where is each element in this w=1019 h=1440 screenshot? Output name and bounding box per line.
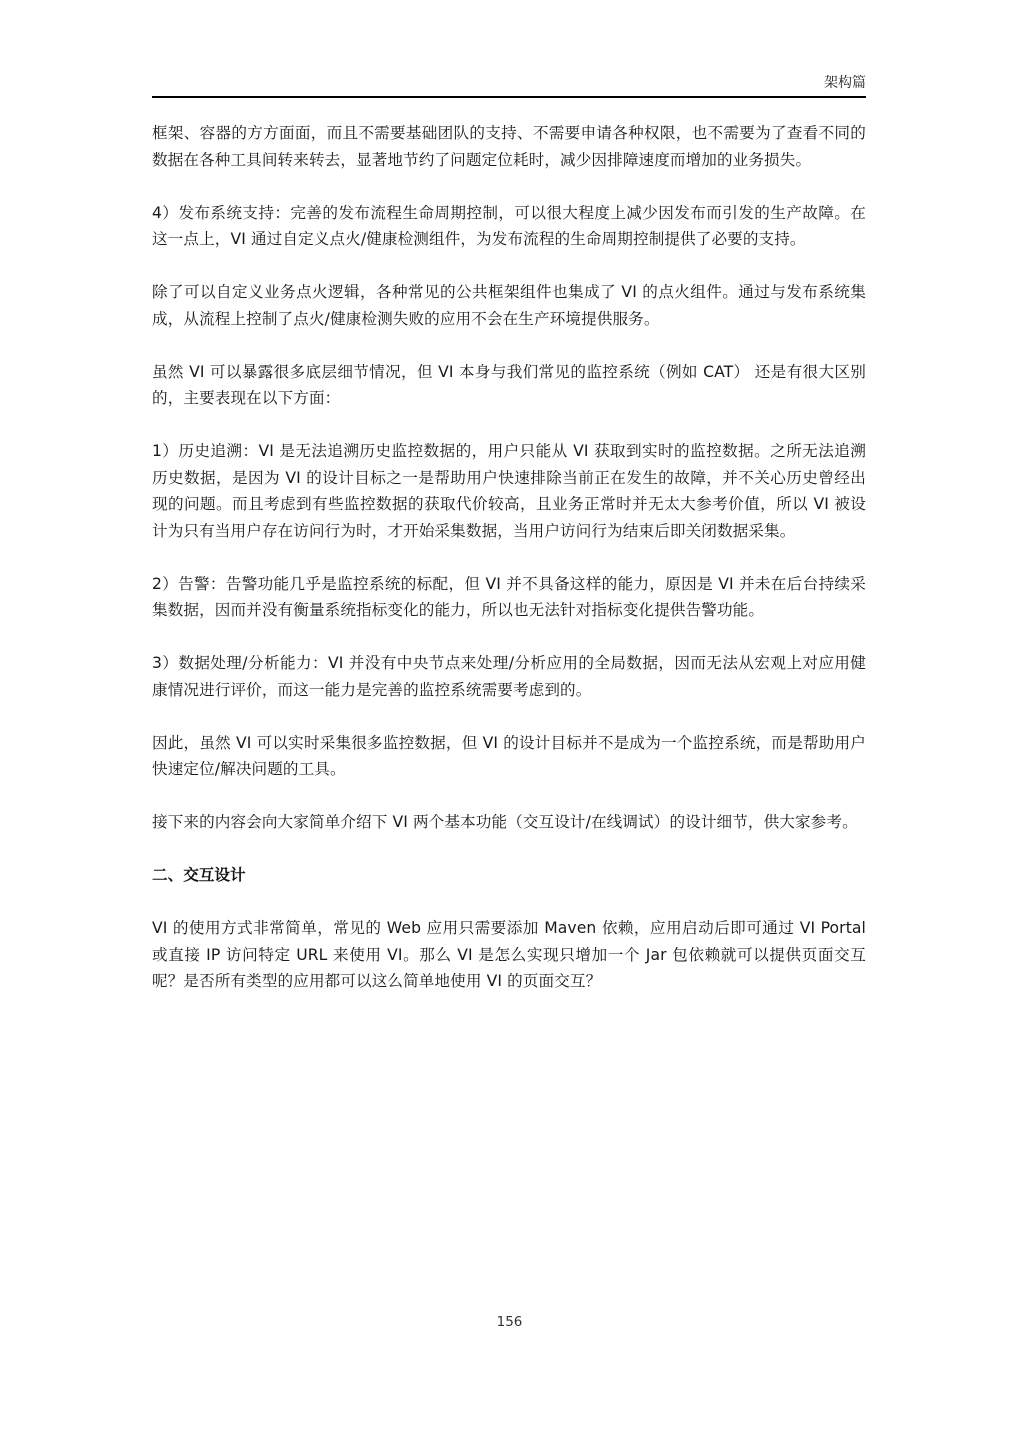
page-number: 156: [0, 1314, 1019, 1330]
page-header: 架构篇: [152, 72, 866, 98]
paragraph-ignition-integration: 除了可以自定义业务点火逻辑，各种常见的公共框架组件也集成了 VI 的点火组件。通…: [152, 279, 866, 332]
document-body: 框架、容器的方方面面，而且不需要基础团队的支持、不需要申请各种权限，也不需要为了…: [152, 120, 866, 1021]
paragraph-history-tracing: 1）历史追溯：VI 是无法追溯历史监控数据的，用户只能从 VI 获取到实时的监控…: [152, 438, 866, 544]
paragraph-data-processing: 3）数据处理/分析能力：VI 并没有中央节点来处理/分析应用的全局数据，因而无法…: [152, 650, 866, 703]
paragraph-usage-overview: VI 的使用方式非常简单，常见的 Web 应用只需要添加 Maven 依赖，应用…: [152, 915, 866, 995]
paragraph-monitoring-difference-intro: 虽然 VI 可以暴露很多底层细节情况，但 VI 本身与我们常见的监控系统（例如 …: [152, 359, 866, 412]
paragraph-conclusion: 因此，虽然 VI 可以实时采集很多监控数据，但 VI 的设计目标并不是成为一个监…: [152, 730, 866, 783]
paragraph-next-content-intro: 接下来的内容会向大家简单介绍下 VI 两个基本功能（交互设计/在线调试）的设计细…: [152, 809, 866, 836]
section-heading-interaction-design: 二、交互设计: [152, 862, 866, 889]
paragraph-continuation: 框架、容器的方方面面，而且不需要基础团队的支持、不需要申请各种权限，也不需要为了…: [152, 120, 866, 173]
paragraph-release-system-support: 4）发布系统支持：完善的发布流程生命周期控制，可以很大程度上减少因发布而引发的生…: [152, 200, 866, 253]
running-header-section-title: 架构篇: [824, 72, 866, 94]
paragraph-alerting: 2）告警：告警功能几乎是监控系统的标配，但 VI 并不具备这样的能力，原因是 V…: [152, 571, 866, 624]
